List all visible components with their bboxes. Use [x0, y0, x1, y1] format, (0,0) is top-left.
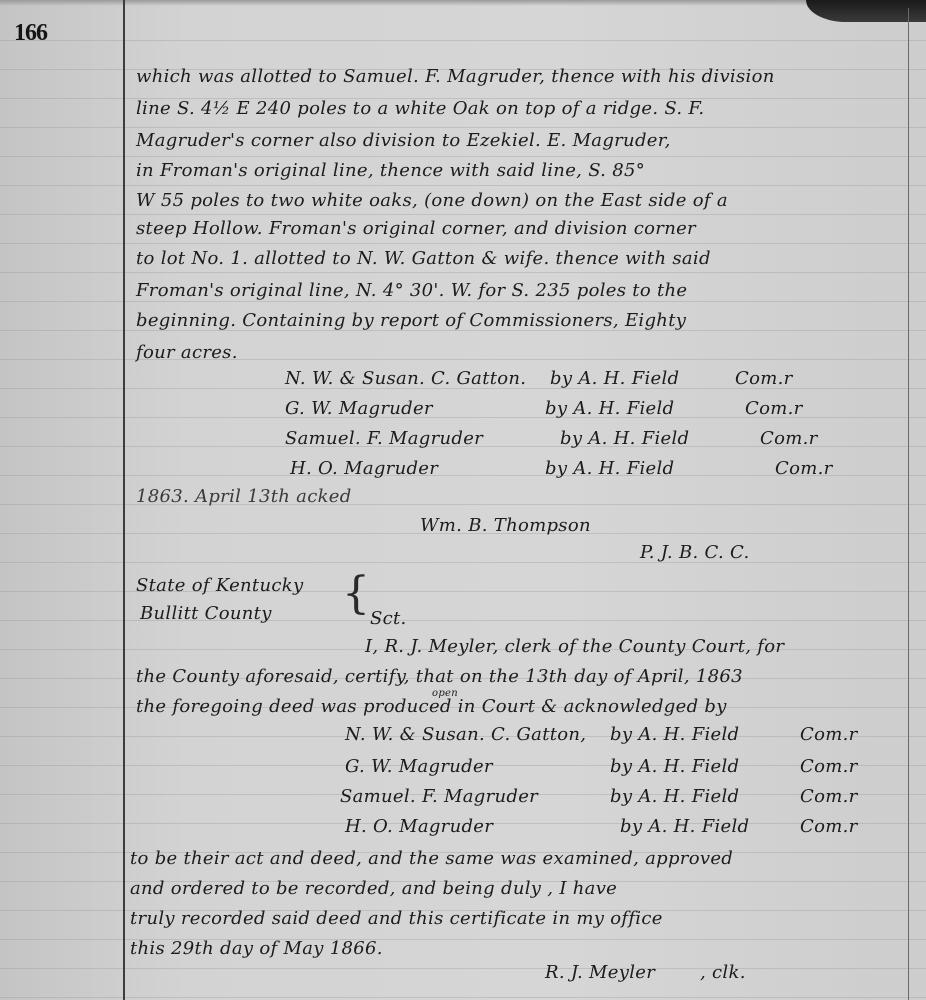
ledger-page: 166 which was allotted to Samuel. F. Mag…	[0, 0, 926, 1000]
venue-brace: {	[342, 568, 370, 619]
deed-line: Froman's original line, N. 4° 30'. W. fo…	[136, 280, 687, 301]
right-margin-rule	[908, 8, 909, 1000]
signature-by: by A. H. Field	[610, 786, 739, 807]
closing-line: truly recorded said deed and this certif…	[130, 908, 663, 929]
deed-line: steep Hollow. Froman's original corner, …	[136, 218, 696, 239]
certificate-line: I, R. J. Meyler, clerk of the County Cou…	[365, 636, 784, 657]
signature-by: by A. H. Field	[610, 724, 739, 745]
deed-line: in Froman's original line, thence with s…	[136, 160, 645, 181]
signature-title: Com.r	[800, 756, 858, 777]
venue-state: State of Kentucky	[136, 575, 303, 596]
signature-title: Com.r	[760, 428, 818, 449]
signature-name: N. W. & Susan. C. Gatton,	[345, 724, 586, 745]
left-margin-rule	[123, 0, 125, 1000]
closing-line: and ordered to be recorded, and being du…	[130, 878, 617, 899]
certificate-insertion: open	[432, 688, 458, 699]
deed-line: Magruder's corner also division to Ezeki…	[136, 130, 671, 151]
certificate-line: the County aforesaid, certify, that on t…	[136, 666, 743, 687]
clerk-title: , clk.	[700, 962, 746, 983]
signature-title: Com.r	[775, 458, 833, 479]
signature-title: Com.r	[735, 368, 793, 389]
signature-name: G. W. Magruder	[285, 398, 433, 419]
deed-line: which was allotted to Samuel. F. Magrude…	[136, 66, 775, 87]
deed-line: four acres.	[136, 342, 238, 363]
certificate-line: the foregoing deed was produced in Court…	[136, 696, 727, 717]
signature-title: Com.r	[800, 724, 858, 745]
witness-signature: Wm. B. Thompson	[420, 515, 591, 536]
page-number: 166	[14, 20, 47, 47]
witness-title: P. J. B. C. C.	[640, 542, 749, 563]
signature-title: Com.r	[800, 786, 858, 807]
deed-line: beginning. Containing by report of Commi…	[136, 310, 686, 331]
signature-name: Samuel. F. Magruder	[340, 786, 538, 807]
acknowledgement-date: 1863. April 13th acked	[136, 486, 352, 507]
venue-abbreviation: Sct.	[370, 608, 407, 629]
signature-name: H. O. Magruder	[290, 458, 438, 479]
venue-county: Bullitt County	[140, 603, 272, 624]
clerk-signature: R. J. Meyler	[545, 962, 655, 983]
signature-by: by A. H. Field	[620, 816, 749, 837]
signature-title: Com.r	[745, 398, 803, 419]
signature-title: Com.r	[800, 816, 858, 837]
deed-line: to lot No. 1. allotted to N. W. Gatton &…	[136, 248, 711, 269]
signature-by: by A. H. Field	[550, 368, 679, 389]
closing-line: to be their act and deed, and the same w…	[130, 848, 733, 869]
signature-by: by A. H. Field	[545, 398, 674, 419]
signature-name: G. W. Magruder	[345, 756, 493, 777]
signature-name: N. W. & Susan. C. Gatton.	[285, 368, 526, 389]
page-top-edge	[0, 0, 926, 6]
deed-line: line S. 4½ E 240 poles to a white Oak on…	[136, 98, 704, 119]
signature-name: H. O. Magruder	[345, 816, 493, 837]
signature-name: Samuel. F. Magruder	[285, 428, 483, 449]
closing-line: this 29th day of May 1866.	[130, 938, 383, 959]
signature-by: by A. H. Field	[560, 428, 689, 449]
signature-by: by A. H. Field	[610, 756, 739, 777]
deed-line: W 55 poles to two white oaks, (one down)…	[136, 190, 728, 211]
signature-by: by A. H. Field	[545, 458, 674, 479]
